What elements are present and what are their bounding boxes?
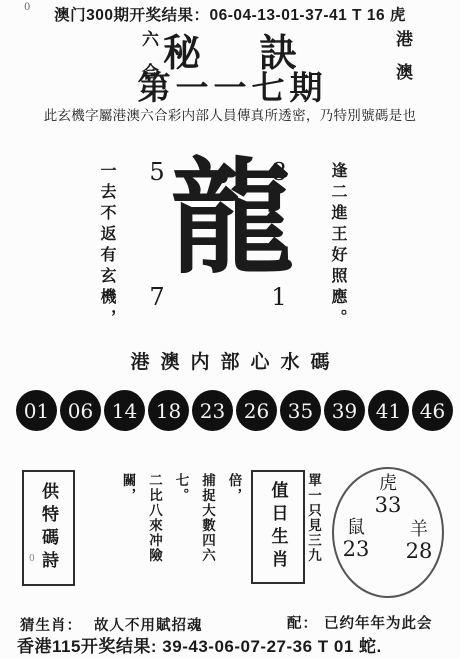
lucky-ball: 23 bbox=[192, 390, 233, 431]
poem-column: 捕捉大數四六七。 bbox=[167, 473, 220, 589]
lucky-ball: 26 bbox=[236, 390, 277, 431]
zodiac-circle: 虎 33 鼠 23 羊 28 bbox=[332, 467, 444, 598]
match-label: 配： bbox=[287, 615, 318, 632]
special-poem-box-label: 供特碼詩 bbox=[24, 472, 73, 584]
zodiac-number: 28 bbox=[397, 540, 441, 562]
zodiac-animal: 羊 bbox=[397, 521, 441, 540]
zodiac-entry-left: 鼠 23 bbox=[336, 519, 376, 560]
left-verse: 一去不返有玄機， bbox=[96, 162, 119, 352]
issue-number: 第一一七期 bbox=[0, 62, 460, 109]
lucky-ball-row: 01 06 14 18 23 26 35 39 41 46 bbox=[16, 390, 453, 431]
lucky-ball: 35 bbox=[280, 390, 321, 431]
corner-number-bottom-left: 7 bbox=[146, 283, 168, 311]
special-poem-box: 供特碼詩 0 bbox=[22, 470, 75, 586]
poem-box-mark: 0 bbox=[29, 554, 35, 564]
duty-zodiac-box: 值日生肖 bbox=[251, 470, 305, 584]
lucky-ball: 39 bbox=[324, 390, 365, 431]
zodiac-animal: 虎 bbox=[334, 475, 442, 494]
lucky-ball: 01 bbox=[16, 390, 57, 431]
lucky-ball: 41 bbox=[368, 390, 409, 431]
lucky-ball: 46 bbox=[412, 390, 453, 431]
hk-result-line: 香港115开奖结果: 39-43-06-07-27-36 T 01 蛇. bbox=[17, 632, 382, 657]
right-verse: 逢二進王好照應。 bbox=[327, 162, 350, 357]
masthead-tagline: 此玄機字屬港澳六合彩内部人員傳真所透密，乃特別號碼是也 bbox=[0, 104, 460, 124]
zodiac-animal: 鼠 bbox=[336, 519, 376, 538]
duty-zodiac-label: 值日生肖 bbox=[253, 472, 303, 582]
tip-sheet-page: 0 澳门300期开奖结果：06-04-13-01-37-41 T 16 虎 六合… bbox=[0, 0, 460, 658]
poem-column: 二比八來冲險關， bbox=[114, 473, 167, 589]
dragon-character: 龍 bbox=[156, 146, 308, 292]
lucky-ball: 06 bbox=[60, 390, 101, 431]
lucky-ball: 14 bbox=[104, 390, 145, 431]
zodiac-entry-right: 羊 28 bbox=[397, 521, 441, 562]
match-line: 配：已约年年为此会 bbox=[287, 612, 433, 633]
corner-number-bottom-right: 1 bbox=[268, 283, 290, 311]
zodiac-number: 23 bbox=[336, 538, 376, 560]
tips-heading: 港澳内部心水碼 bbox=[0, 347, 460, 374]
zodiac-entry-top: 虎 33 bbox=[334, 475, 442, 516]
match-text: 已约年年为此会 bbox=[324, 615, 433, 632]
lucky-ball: 18 bbox=[148, 390, 189, 431]
zodiac-number: 33 bbox=[334, 494, 442, 516]
